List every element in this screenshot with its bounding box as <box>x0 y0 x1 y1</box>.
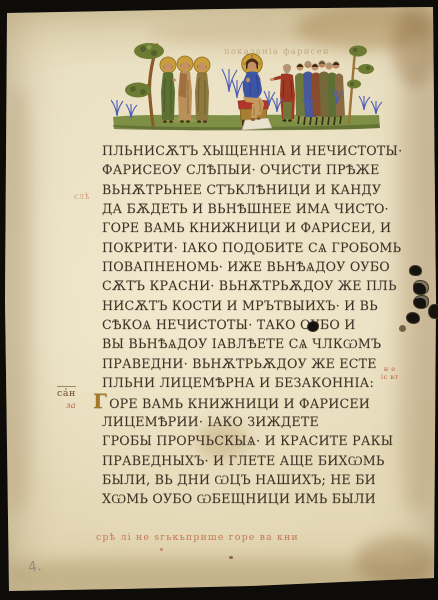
text-line-content: ГРОБЫ ПРОРЧЬСКЫѦ· И КРАСИТЕ РАКЫ <box>102 433 393 448</box>
parchment-hole <box>428 304 438 319</box>
manuscript-text-line: ВЫ ВЬНѢѦДОУ ІАВЛѢЕТЕ СѦ ЧЛКѠМЪ <box>102 334 398 353</box>
parchment-hole <box>406 312 420 324</box>
margin-note-right: н е іс вт <box>381 366 399 381</box>
parchment-hole <box>413 280 429 295</box>
manuscript-text-line: СѪТЪ КРАСНИ· ВЬНѪТРЬѪДОУ ЖЕ ПЛЬ <box>102 276 398 295</box>
manuscript-text-line: ПРАВЕДНИ· ВЬНѪТРЬѪДОУ ЖЕ ЕСТЕ <box>102 354 398 373</box>
text-line-content: СѪТЪ КРАСНИ· ВЬНѪТРЬѪДОУ ЖЕ ПЛЬ <box>102 278 397 293</box>
margin-note-left-red: за <box>66 401 76 411</box>
manuscript-text-line: ПОКРИТИ· ІАКО ПОДОБИТЕ СѦ ГРОБОМЬ <box>102 238 398 257</box>
text-line-content: ПРАВЕДНИ· ВЬНѪТРЬѪДОУ ЖЕ ЕСТЕ <box>102 356 377 371</box>
margin-note-left-faint: слѣ <box>74 192 90 201</box>
speck <box>229 556 233 559</box>
disciples-group <box>160 56 210 123</box>
manuscript-text-line: ХѠМЬ ОУБО ѠБЕЩНИЦИ ИМЬ БЫЛИ <box>102 489 398 508</box>
text-block: ПЛЬНИСѪТЪ ХЫЩЕННІА И НЕЧИСТОТЫ·ФАРИСЕОУ … <box>102 141 398 509</box>
text-line-content: ДА БѪДЕТЬ И ВЬНѢШНЕЕ ИМА ЧИСТО· <box>102 201 389 216</box>
manuscript-scan: показаніа фарисеи <box>0 0 438 600</box>
parchment-hole <box>399 325 406 332</box>
manuscript-text-line: БЫЛИ, ВЬ ДНИ ѠЦЪ НАШИХЪ; НЕ БИ <box>102 470 398 489</box>
parchment-hole <box>409 265 422 276</box>
text-line-content: ФАРИСЕОУ СЛѢПЫИ· ОЧИСТИ ПРѢЖЕ <box>102 162 380 177</box>
manuscript-text-line: НИСѪТЪ КОСТИ И МРЪТВЫИХЪ· И ВЬ <box>102 296 398 315</box>
manuscript-text-line: СѢКОѦ НЕЧИСТОТЫ· ТАКО ОУБО И <box>102 315 398 334</box>
pharisee-leader <box>270 64 295 122</box>
text-line-content: ОРЕ ВАМЬ КНИЖНИЦИ И ФАРИСЕИ <box>109 396 370 411</box>
text-line-content: НИСѪТЪ КОСТИ И МРЪТВЫИХЪ· И ВЬ <box>102 298 378 313</box>
disciple-figure <box>160 57 176 123</box>
pharisee-heads <box>296 60 339 70</box>
speck <box>252 252 255 255</box>
manuscript-text-line: ГОРЕ ВАМЬ КНИЖНИЦИ И ФАРИСЕИ, И <box>102 218 398 237</box>
text-line-content: ПЛЬНИ ЛИЦЕМѢРНА И БЕЗАКОННІА: <box>102 375 374 390</box>
manuscript-text-line: ПЛЬНИСѪТЪ ХЫЩЕННІА И НЕЧИСТОТЫ· <box>102 141 398 160</box>
manuscript-text-line: ПОВАПНЕНОМЬ· ИЖЕ ВЬНѢѦДОУ ОУБО <box>102 257 398 276</box>
text-line-content: ХѠМЬ ОУБО ѠБЕЩНИЦИ ИМЬ БЫЛИ <box>102 491 376 506</box>
margin-note-right-bottom: іс вт <box>381 374 399 382</box>
manuscript-text-line: ВЬНѪТРЬНЕЕ СТЪКЛѢНИЦИ И КАНДУ <box>102 180 398 199</box>
bottom-rubric: срѣ лі не ѕгькьприше горе ва кни <box>96 532 299 543</box>
text-line-content: ВЬНѪТРЬНЕЕ СТЪКЛѢНИЦИ И КАНДУ <box>102 182 381 197</box>
text-line-content: ПОВАПНЕНОМЬ· ИЖЕ ВЬНѢѦДОУ ОУБО <box>102 259 390 274</box>
stain-bottom-right-corner <box>356 536 436 586</box>
parchment-hole <box>413 295 429 309</box>
manuscript-text-line: ПЛЬНИ ЛИЦЕМѢРНА И БЕЗАКОННІА: <box>102 373 398 392</box>
parchment-hole <box>307 321 319 332</box>
christ-figure <box>238 54 272 130</box>
miniature-christ-teaching-pharisees <box>111 40 383 135</box>
text-line-content: ВЫ ВЬНѢѦДОУ ІАВЛѢЕТЕ СѦ ЧЛКѠМЪ <box>102 336 381 351</box>
parchment-page: показаніа фарисеи <box>0 0 438 600</box>
tree-right <box>347 46 374 124</box>
manuscript-text-line: ГОРЕ ВАМЬ КНИЖНИЦИ И ФАРИСЕИ <box>102 392 398 411</box>
manuscript-text-line: ДА БѪДЕТЬ И ВЬНѢШНЕЕ ИМА ЧИСТО· <box>102 199 398 218</box>
folio-pencil-mark: 4. <box>27 558 42 576</box>
manuscript-text-line: ЛИЦЕМѢРИИ· ІАКО ЗИЖДЕТЕ <box>102 412 398 431</box>
manuscript-text-line: ФАРИСЕОУ СЛѢПЫИ· ОЧИСТИ ПРѢЖЕ <box>102 160 398 179</box>
stain-left-edge <box>4 90 32 510</box>
margin-note-left: са́н <box>57 386 76 399</box>
speck <box>160 548 163 551</box>
illuminated-initial: Г <box>93 389 107 413</box>
manuscript-text-line: ГРОБЫ ПРОРЧЬСКЫѦ· И КРАСИТЕ РАКЫ <box>102 431 398 450</box>
text-line-content: ПРАВЕДНЫХЪ· И ГЛЕТЕ АЩЕ БИХѠМЬ <box>102 453 385 468</box>
text-line-content: ЛИЦЕМѢРИИ· ІАКО ЗИЖДЕТЕ <box>102 414 319 429</box>
text-line-content: БЫЛИ, ВЬ ДНИ ѠЦЪ НАШИХЪ; НЕ БИ <box>102 472 376 487</box>
text-line-content: ПЛЬНИСѪТЪ ХЫЩЕННІА И НЕЧИСТОТЫ· <box>102 143 402 158</box>
disciple-figure <box>177 56 193 123</box>
manuscript-text-line: ПРАВЕДНЫХЪ· И ГЛЕТЕ АЩЕ БИХѠМЬ <box>102 451 398 470</box>
text-line-content: ГОРЕ ВАМЬ КНИЖНИЦИ И ФАРИСЕИ, И <box>102 220 391 235</box>
disciple-figure <box>194 57 210 123</box>
